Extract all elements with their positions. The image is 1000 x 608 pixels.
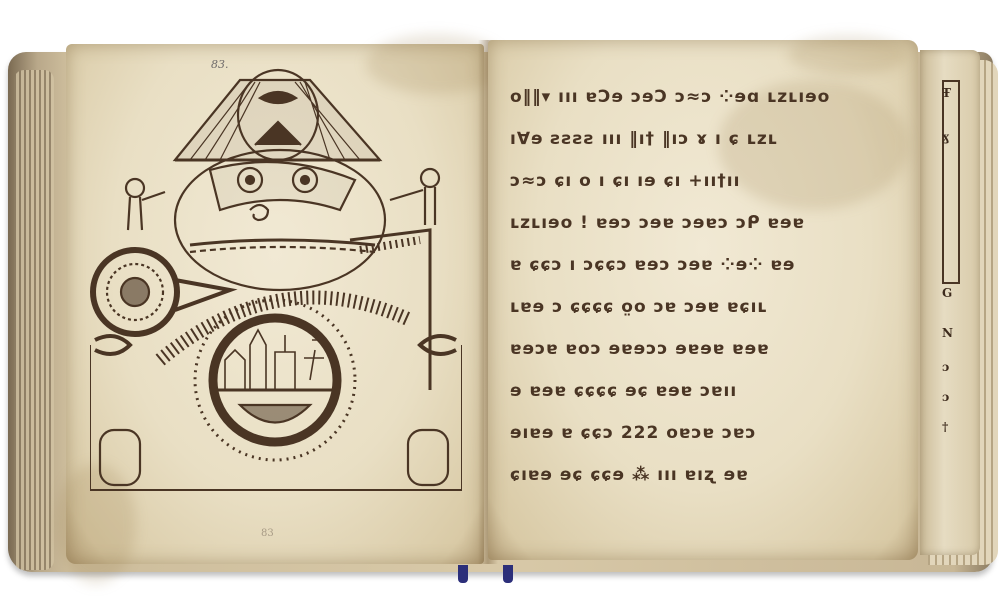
side-bar-ornament — [942, 80, 960, 284]
script-line: ʟɐɘ ↄ ɕɕɕɕ o̤o ɔɐ ɔɘɐ ɐɕıʟ — [510, 286, 890, 328]
script-line: ɘıɐɘ ɐ ɕɕɔ 222 oɐɔɐ ɔɐɔ — [510, 412, 890, 454]
binding-thread — [503, 565, 513, 583]
side-glyph: ɔ — [942, 390, 949, 404]
side-glyph: ɔ — [942, 360, 949, 374]
side-glyph: ɣ — [942, 130, 949, 144]
side-glyph: N — [942, 326, 953, 340]
binding-thread — [458, 565, 468, 583]
script-line: o‖‖▾ ııı ɐƆɘ ↄɘƆ ↄ≈ɔ ⁘ɘɑ ʟᴢʟıɘo — [510, 76, 890, 118]
figure-right — [390, 169, 439, 225]
figure-left — [126, 179, 165, 230]
manuscript-text: o‖‖▾ ııı ɐƆɘ ↄɘƆ ↄ≈ɔ ⁘ɘɑ ʟᴢʟıɘo ı∀ɘ ƨƨƨƨ… — [510, 76, 890, 496]
manuscript-illustration — [90, 60, 462, 500]
page-number-bottom: 83 — [261, 528, 274, 539]
side-glyph: Ŧ — [942, 86, 951, 100]
town-icon — [225, 330, 324, 390]
corner-ornament — [100, 430, 140, 485]
open-book: 83. — [8, 30, 998, 585]
side-page: Ŧ ɣ G N ɔ ɔ † — [920, 50, 980, 555]
page-edges-left — [14, 70, 54, 570]
stain — [788, 35, 908, 75]
script-line: ı∀ɘ ƨƨƨƨ ııı ‖ı† ‖ıɔ ɤ ı ɕ ʟᴢʟ — [510, 118, 890, 160]
side-glyph: G — [942, 286, 952, 300]
script-line: ɘ ɐɘɐ ɕɕɕɕ ɘɕ ɐɘɐ ɔɐıı — [510, 370, 890, 412]
left-page: 83. — [66, 44, 484, 564]
corner-ornament — [408, 430, 448, 485]
script-line: ʟᴢʟıɘo ! ɐɘɔ ɔɘɐ ɔɘɐɔ ɔᑭ ɐɘɐ — [510, 202, 890, 244]
script-line: ɕıɐɘ ɘɕ ɕɕɘ ⁂ ııı ɐıʐ ɘɐ — [510, 454, 890, 496]
script-line: ɐɘɔɐ ɐoɔ ɘɐɘɔɔ ɘɐɘɐ ɐɘɐ — [510, 328, 890, 370]
script-line: ɐ ɕɕɔ ı ɔɕɕɔ ɐɘɔ ɔɘɐ ⁘ɘ⁘ ɐɘ — [510, 244, 890, 286]
right-page: o‖‖▾ ııı ɐƆɘ ↄɘƆ ↄ≈ɔ ⁘ɘɑ ʟᴢʟıɘo ı∀ɘ ƨƨƨƨ… — [488, 40, 918, 560]
script-line: ɔ≈ɔ ɕı o ı ɕı ıɘ ɕı +ıı†ıı — [510, 160, 890, 202]
side-glyph: † — [942, 420, 948, 434]
